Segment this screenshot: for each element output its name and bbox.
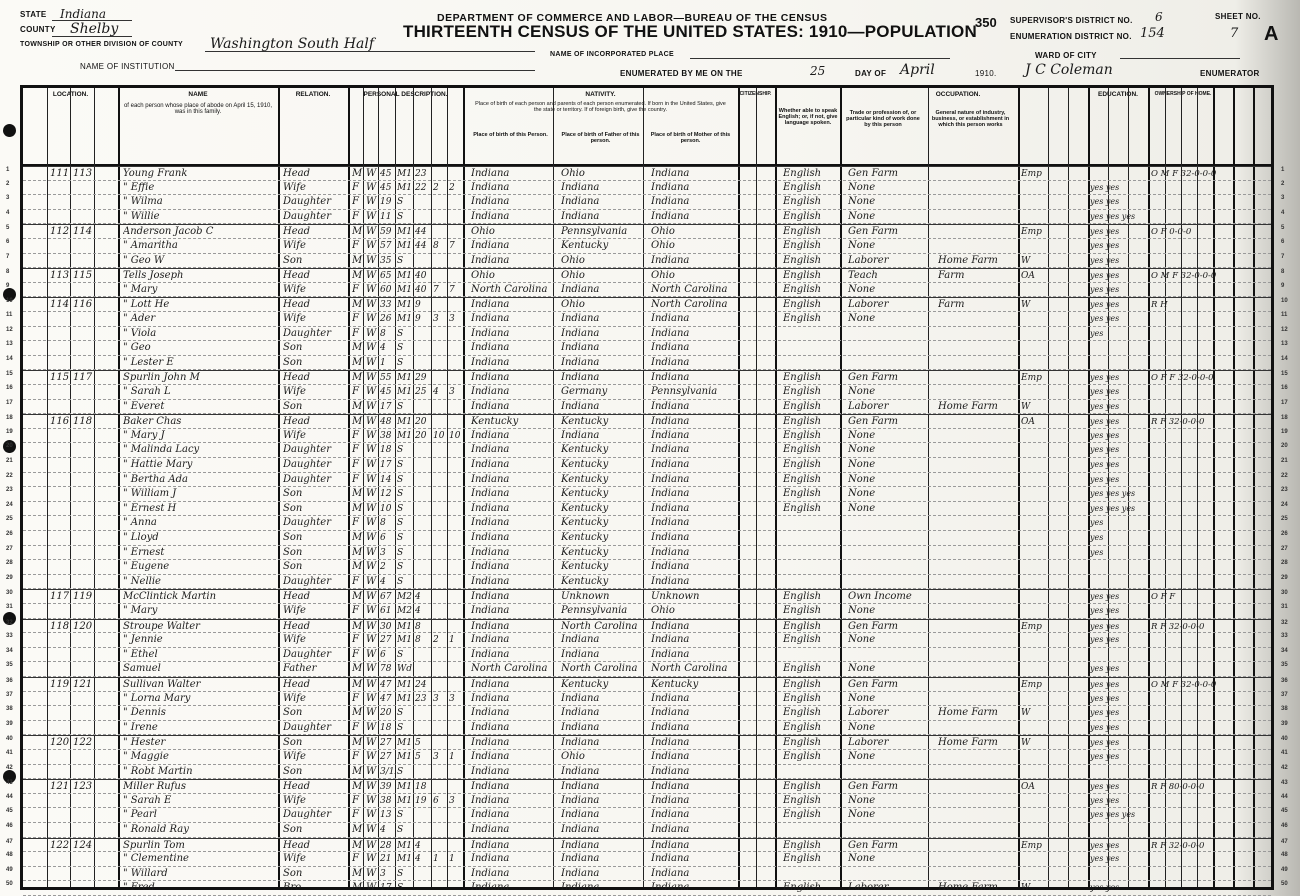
language-heading: Whether able to speak English; or, if no… xyxy=(778,108,838,126)
dwelling-number xyxy=(50,458,70,472)
age: 4 xyxy=(380,575,395,589)
relation: Head xyxy=(283,298,345,312)
dwelling-number xyxy=(50,195,70,209)
birthplace-father: Indiana xyxy=(561,312,643,326)
family-number xyxy=(73,327,94,341)
person-name: Spurlin Tom xyxy=(123,839,275,853)
race: W xyxy=(366,633,378,647)
line-number: 6 xyxy=(6,239,9,245)
table-row: 20 " Malinda Lacy Daughter F W 18 S Indi… xyxy=(23,443,1271,458)
line-number-right: 7 xyxy=(1281,254,1284,260)
line-number-right: 14 xyxy=(1281,356,1288,362)
children-born xyxy=(433,341,447,355)
home-ownership: O M F 32-0-0-0 xyxy=(1151,269,1256,283)
line-number: 36 xyxy=(6,678,13,684)
county-label: COUNTY xyxy=(20,25,56,34)
age: 13 xyxy=(380,808,395,822)
marital-status: S xyxy=(397,706,413,720)
birthplace-mother: Indiana xyxy=(651,706,737,720)
home-ownership xyxy=(1151,502,1256,516)
children-living: 1 xyxy=(449,633,463,647)
enumerated-label: ENUMERATED BY ME ON THE xyxy=(620,69,743,78)
employment-class xyxy=(1021,648,1048,662)
person-name: Anderson Jacob C xyxy=(123,225,275,239)
birthplace-person: Ohio xyxy=(471,269,553,283)
birthplace-mother: North Carolina xyxy=(651,283,737,297)
line-number: 34 xyxy=(6,648,13,654)
age: 6 xyxy=(380,531,395,545)
race: W xyxy=(366,327,378,341)
family-number xyxy=(73,341,94,355)
employment-class xyxy=(1021,385,1048,399)
dwelling-number: 111 xyxy=(50,167,70,181)
age: 61 xyxy=(380,604,395,618)
children-living xyxy=(449,765,463,779)
employment-class: OA xyxy=(1021,780,1048,794)
birthplace-father: Indiana xyxy=(561,794,643,808)
years-married: 8 xyxy=(415,633,431,647)
birthplace-person: Indiana xyxy=(471,881,553,895)
trade: None xyxy=(848,662,928,676)
relation: Son xyxy=(283,254,345,268)
dwelling-number xyxy=(50,487,70,501)
education: yes yes xyxy=(1090,678,1148,692)
birthplace-father: Indiana xyxy=(561,195,643,209)
children-born xyxy=(433,254,447,268)
sex: M xyxy=(352,371,363,385)
person-name: " Jennie xyxy=(123,633,275,647)
language: English xyxy=(783,195,840,209)
dwelling-number: 115 xyxy=(50,371,70,385)
industry xyxy=(938,839,1018,853)
birthplace-father: Indiana xyxy=(561,881,643,895)
table-row: 40 120 122 " Hester Son M W 27 M1 5 Indi… xyxy=(23,735,1271,750)
employment-class: Emp xyxy=(1021,225,1048,239)
industry xyxy=(938,648,1018,662)
children-living xyxy=(449,210,463,224)
line-number-right: 10 xyxy=(1281,298,1288,304)
age: 18 xyxy=(380,721,395,735)
education: yes xyxy=(1090,531,1148,545)
birthplace-person: Indiana xyxy=(471,341,553,355)
birth-father-heading: Place of birth of Father of this person. xyxy=(558,132,643,144)
age: 47 xyxy=(380,678,395,692)
birthplace-mother: Indiana xyxy=(651,852,737,866)
state-label: STATE xyxy=(20,10,47,19)
children-born: 6 xyxy=(433,794,447,808)
age: 28 xyxy=(380,839,395,853)
day-of-label: DAY OF xyxy=(855,69,886,78)
race: W xyxy=(366,867,378,881)
industry xyxy=(938,385,1018,399)
table-row: 10 114 116 " Lott He Head M W 33 M1 9 In… xyxy=(23,297,1271,312)
children-born: 2 xyxy=(433,633,447,647)
marital-status: M2 xyxy=(397,604,413,618)
birthplace-mother: Indiana xyxy=(651,400,737,414)
line-number-right: 17 xyxy=(1281,400,1288,406)
race: W xyxy=(366,385,378,399)
table-row: 7 " Geo W Son M W 35 S Indiana Ohio Indi… xyxy=(23,254,1271,269)
children-living xyxy=(449,516,463,530)
birthplace-father: Ohio xyxy=(561,254,643,268)
sex: F xyxy=(352,721,363,735)
table-row: 5 112 114 Anderson Jacob C Head M W 59 M… xyxy=(23,224,1271,239)
birthplace-mother: Indiana xyxy=(651,181,737,195)
table-row: 28 " Eugene Son M W 2 S Indiana Kentucky… xyxy=(23,560,1271,575)
children-born xyxy=(433,736,447,750)
industry xyxy=(938,473,1018,487)
age: 57 xyxy=(380,239,395,253)
marital-status: M1 xyxy=(397,371,413,385)
sex: M xyxy=(352,341,363,355)
children-living xyxy=(449,415,463,429)
age: 17 xyxy=(380,458,395,472)
family-number xyxy=(73,604,94,618)
table-row: 6 " Amaritha Wife F W 57 M1 44 8 7 India… xyxy=(23,239,1271,254)
marital-status: S xyxy=(397,881,413,895)
employment-class xyxy=(1021,181,1048,195)
marital-status: M1 xyxy=(397,794,413,808)
years-married: 44 xyxy=(415,239,431,253)
family-number xyxy=(73,575,94,589)
birthplace-mother: Indiana xyxy=(651,736,737,750)
line-number-right: 43 xyxy=(1281,780,1288,786)
employment-class: Emp xyxy=(1021,371,1048,385)
family-number xyxy=(73,648,94,662)
birthplace-person: Indiana xyxy=(471,604,553,618)
age: 26 xyxy=(380,312,395,326)
home-ownership xyxy=(1151,721,1256,735)
children-born: 10 xyxy=(433,429,447,443)
years-married: 22 xyxy=(415,181,431,195)
language: English xyxy=(783,794,840,808)
birthplace-person: Indiana xyxy=(471,487,553,501)
birthplace-mother: Indiana xyxy=(651,487,737,501)
race: W xyxy=(366,560,378,574)
trade: Gen Farm xyxy=(848,167,928,181)
marital-status: M1 xyxy=(397,269,413,283)
sheet-label: SHEET NO. xyxy=(1215,12,1261,21)
employment-class: Emp xyxy=(1021,620,1048,634)
years-married: 5 xyxy=(415,736,431,750)
children-living xyxy=(449,662,463,676)
children-living: 1 xyxy=(449,852,463,866)
language xyxy=(783,648,840,662)
marital-status: M1 xyxy=(397,633,413,647)
years-married: 24 xyxy=(415,678,431,692)
home-ownership xyxy=(1151,546,1256,560)
birthplace-mother: Indiana xyxy=(651,516,737,530)
race: W xyxy=(366,400,378,414)
language xyxy=(783,823,840,837)
line-number: 13 xyxy=(6,341,13,347)
education: yes yes xyxy=(1090,385,1148,399)
line-number: 1 xyxy=(6,167,9,173)
table-row: 39 " Irene Daughter F W 18 S Indiana Ind… xyxy=(23,721,1271,736)
age: 47 xyxy=(380,692,395,706)
children-living xyxy=(449,823,463,837)
education: yes yes xyxy=(1090,254,1148,268)
person-name: " William J xyxy=(123,487,275,501)
children-living xyxy=(449,458,463,472)
marital-status: S xyxy=(397,648,413,662)
years-married xyxy=(415,443,431,457)
family-number: 122 xyxy=(73,736,94,750)
sex: M xyxy=(352,867,363,881)
education: yes yes xyxy=(1090,298,1148,312)
dwelling-number xyxy=(50,808,70,822)
sex: F xyxy=(352,312,363,326)
trade: None xyxy=(848,210,928,224)
dwelling-number xyxy=(50,239,70,253)
dwelling-number: 114 xyxy=(50,298,70,312)
trade: None xyxy=(848,721,928,735)
language: English xyxy=(783,620,840,634)
person-name: " Lloyd xyxy=(123,531,275,545)
person-name: " Mary xyxy=(123,604,275,618)
age: 1 xyxy=(380,356,395,370)
birthplace-person: Indiana xyxy=(471,181,553,195)
years-married xyxy=(415,341,431,355)
home-ownership xyxy=(1151,531,1256,545)
age: 67 xyxy=(380,590,395,604)
language xyxy=(783,531,840,545)
person-name: " Irene xyxy=(123,721,275,735)
birthplace-person: Indiana xyxy=(471,210,553,224)
marital-status: S xyxy=(397,867,413,881)
children-born xyxy=(433,560,447,574)
birthplace-person: Indiana xyxy=(471,502,553,516)
years-married: 23 xyxy=(415,692,431,706)
table-row: 25 " Anna Daughter F W 8 S Indiana Kentu… xyxy=(23,516,1271,531)
person-name: Tells Joseph xyxy=(123,269,275,283)
race: W xyxy=(366,648,378,662)
language xyxy=(783,867,840,881)
birthplace-person: Indiana xyxy=(471,706,553,720)
marital-status: M1 xyxy=(397,620,413,634)
birthplace-mother: Indiana xyxy=(651,415,737,429)
children-living: 3 xyxy=(449,312,463,326)
children-living xyxy=(449,400,463,414)
age: 19 xyxy=(380,195,395,209)
sex: F xyxy=(352,692,363,706)
children-living xyxy=(449,473,463,487)
sex: F xyxy=(352,516,363,530)
birthplace-father: Kentucky xyxy=(561,502,643,516)
language: English xyxy=(783,298,840,312)
line-number: 28 xyxy=(6,560,13,566)
age: 12 xyxy=(380,487,395,501)
education: yes yes xyxy=(1090,415,1148,429)
marital-status: M1 xyxy=(397,385,413,399)
trade xyxy=(848,648,928,662)
language xyxy=(783,341,840,355)
home-ownership xyxy=(1151,662,1256,676)
line-number-right: 37 xyxy=(1281,692,1288,698)
age: 2 xyxy=(380,560,395,574)
table-row: 11 " Ader Wife F W 26 M1 9 3 3 Indiana I… xyxy=(23,312,1271,327)
years-married xyxy=(415,546,431,560)
education: yes yes xyxy=(1090,225,1148,239)
table-row: 29 " Nellie Daughter F W 4 S Indiana Ken… xyxy=(23,575,1271,590)
children-living: 7 xyxy=(449,283,463,297)
dwelling-number xyxy=(50,604,70,618)
children-born: 3 xyxy=(433,312,447,326)
birthplace-mother: Indiana xyxy=(651,881,737,895)
person-name: " Willard xyxy=(123,867,275,881)
line-number: 38 xyxy=(6,706,13,712)
age: 3/12 xyxy=(380,765,395,779)
trade: None xyxy=(848,429,928,443)
birthplace-father: Kentucky xyxy=(561,458,643,472)
relation: Son xyxy=(283,546,345,560)
dwelling-number xyxy=(50,312,70,326)
children-living xyxy=(449,546,463,560)
children-living xyxy=(449,371,463,385)
trade: Laborer xyxy=(848,400,928,414)
language: English xyxy=(783,736,840,750)
relation: Wife xyxy=(283,181,345,195)
children-born xyxy=(433,531,447,545)
relation: Wife xyxy=(283,385,345,399)
marital-status: S xyxy=(397,195,413,209)
children-born xyxy=(433,443,447,457)
home-ownership: R F 32-0-0-0 xyxy=(1151,415,1256,429)
line-number-right: 31 xyxy=(1281,604,1288,610)
race: W xyxy=(366,429,378,443)
education: yes yes xyxy=(1090,239,1148,253)
person-name: " Hattie Mary xyxy=(123,458,275,472)
years-married: 4 xyxy=(415,604,431,618)
family-number: 123 xyxy=(73,780,94,794)
relation: Daughter xyxy=(283,516,345,530)
industry: Farm xyxy=(938,298,1018,312)
education: yes yes xyxy=(1090,620,1148,634)
language: English xyxy=(783,283,840,297)
birthplace-mother: Indiana xyxy=(651,458,737,472)
sex: F xyxy=(352,443,363,457)
employment-class xyxy=(1021,356,1048,370)
years-married xyxy=(415,487,431,501)
home-ownership xyxy=(1151,794,1256,808)
industry xyxy=(938,167,1018,181)
person-name: " Eugene xyxy=(123,560,275,574)
marital-status: M1 xyxy=(397,429,413,443)
language xyxy=(783,575,840,589)
line-number-right: 39 xyxy=(1281,721,1288,727)
industry xyxy=(938,195,1018,209)
marital-status: M1 xyxy=(397,736,413,750)
children-born xyxy=(433,502,447,516)
birthplace-father: Kentucky xyxy=(561,473,643,487)
table-row: 42 " Robt Martin Son M W 3/12 S Indiana … xyxy=(23,765,1271,780)
trade: None xyxy=(848,794,928,808)
sex: M xyxy=(352,546,363,560)
relation: Daughter xyxy=(283,473,345,487)
race: W xyxy=(366,473,378,487)
children-living: 2 xyxy=(449,181,463,195)
person-name: " Lester E xyxy=(123,356,275,370)
children-born xyxy=(433,839,447,853)
industry xyxy=(938,239,1018,253)
birthplace-mother: Indiana xyxy=(651,808,737,822)
education: yes yes xyxy=(1090,604,1148,618)
line-number: 49 xyxy=(6,867,13,873)
marital-status: S xyxy=(397,575,413,589)
enumeration-no: 154 xyxy=(1140,26,1165,41)
line-number: 20 xyxy=(6,443,13,449)
birthplace-father: Kentucky xyxy=(561,239,643,253)
birthplace-father: Kentucky xyxy=(561,487,643,501)
children-living: 1 xyxy=(449,750,463,764)
sex: F xyxy=(352,195,363,209)
industry xyxy=(938,794,1018,808)
marital-status: Wd xyxy=(397,662,413,676)
relation: Son xyxy=(283,400,345,414)
children-born xyxy=(433,210,447,224)
children-living xyxy=(449,327,463,341)
table-row: 24 " Ernest H Son M W 10 S Indiana Kentu… xyxy=(23,502,1271,517)
birthplace-father: Kentucky xyxy=(561,678,643,692)
education: yes yes xyxy=(1090,662,1148,676)
relation: Son xyxy=(283,531,345,545)
dwelling-number xyxy=(50,473,70,487)
race: W xyxy=(366,531,378,545)
birthplace-mother: Indiana xyxy=(651,765,737,779)
person-name: " Mary J xyxy=(123,429,275,443)
industry xyxy=(938,371,1018,385)
education: yes yes xyxy=(1090,283,1148,297)
sex: M xyxy=(352,590,363,604)
trade: None xyxy=(848,312,928,326)
marital-status: M1 xyxy=(397,225,413,239)
line-number: 8 xyxy=(6,269,9,275)
children-living xyxy=(449,502,463,516)
birthplace-mother: Indiana xyxy=(651,473,737,487)
employment-class: OA xyxy=(1021,415,1048,429)
line-number-right: 18 xyxy=(1281,415,1288,421)
education: yes xyxy=(1090,546,1148,560)
years-married: 40 xyxy=(415,283,431,297)
dwelling-number xyxy=(50,385,70,399)
birthplace-person: Indiana xyxy=(471,839,553,853)
employment-class xyxy=(1021,575,1048,589)
employment-class xyxy=(1021,590,1048,604)
person-name: " Hester xyxy=(123,736,275,750)
marital-status: S xyxy=(397,473,413,487)
relation: Daughter xyxy=(283,575,345,589)
table-row: 31 " Mary Wife F W 61 M2 4 Indiana Penns… xyxy=(23,604,1271,619)
birthplace-person: Indiana xyxy=(471,371,553,385)
family-number xyxy=(73,531,94,545)
children-born xyxy=(433,516,447,530)
language: English xyxy=(783,721,840,735)
birthplace-person: Indiana xyxy=(471,312,553,326)
trade: None xyxy=(848,808,928,822)
family-number xyxy=(73,765,94,779)
marital-status: M1 xyxy=(397,415,413,429)
table-row: 43 121 123 Miller Rufus Head M W 39 M1 1… xyxy=(23,779,1271,794)
relation: Son xyxy=(283,823,345,837)
person-name: Stroupe Walter xyxy=(123,620,275,634)
industry: Home Farm xyxy=(938,736,1018,750)
person-name: " Sarah L xyxy=(123,385,275,399)
person-name: " Geo xyxy=(123,341,275,355)
line-number-right: 41 xyxy=(1281,750,1288,756)
birthplace-mother: Indiana xyxy=(651,167,737,181)
person-name: " Willie xyxy=(123,210,275,224)
race: W xyxy=(366,750,378,764)
